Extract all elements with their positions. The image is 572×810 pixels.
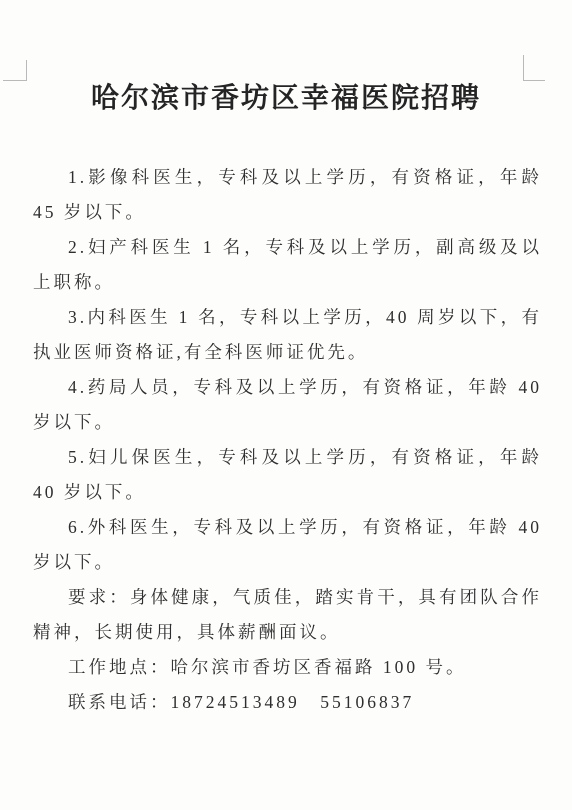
- job-item-5: 5.妇儿保医生，专科及以上学历，有资格证，年龄 40 岁以下。: [33, 440, 542, 510]
- job-item-4: 4.药局人员，专科及以上学历，有资格证，年龄 40 岁以下。: [33, 370, 542, 440]
- page-margin-mark-top-right: [523, 55, 545, 81]
- page-title: 哈尔滨市香坊区幸福医院招聘: [0, 76, 572, 116]
- requirements-paragraph: 要求：身体健康，气质佳，踏实肯干，具有团队合作精神，长期使用，具体薪酬面议。: [33, 580, 542, 650]
- document-page: 哈尔滨市香坊区幸福医院招聘 1.影像科医生，专科及以上学历，有资格证，年龄 45…: [0, 0, 572, 810]
- job-item-3: 3.内科医生 1 名，专科以上学历，40 周岁以下，有执业医师资格证,有全科医师…: [33, 300, 542, 370]
- document-body: 1.影像科医生，专科及以上学历，有资格证，年龄 45 岁以下。 2.妇产科医生 …: [33, 160, 542, 720]
- contact-phone-paragraph: 联系电话：18724513489 55106837: [33, 685, 542, 720]
- job-item-1: 1.影像科医生，专科及以上学历，有资格证，年龄 45 岁以下。: [33, 160, 542, 230]
- work-location-paragraph: 工作地点：哈尔滨市香坊区香福路 100 号。: [33, 650, 542, 685]
- page-margin-mark-top-left: [3, 60, 27, 81]
- job-item-2: 2.妇产科医生 1 名，专科及以上学历，副高级及以上职称。: [33, 230, 542, 300]
- job-item-6: 6.外科医生，专科及以上学历，有资格证，年龄 40 岁以下。: [33, 510, 542, 580]
